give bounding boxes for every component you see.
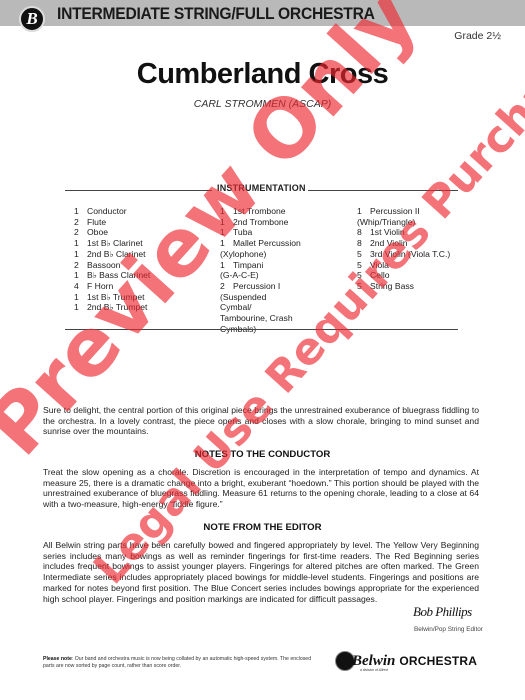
instrument-row: 12nd B♭ Clarinet <box>74 249 150 260</box>
instrument-row: 12nd B♭ Trumpet <box>74 302 150 313</box>
instrument-entry: 2Oboe <box>74 227 150 238</box>
instrument-quantity: 5 <box>357 249 370 260</box>
instrument-quantity: 1 <box>74 292 87 303</box>
instrumentation-column-1: 1Conductor2Flute2Oboe11st B♭ Clarinet12n… <box>74 206 150 313</box>
belwin-logo-icon: B <box>19 6 45 32</box>
instrument-quantity: 1 <box>357 206 370 217</box>
instrument-quantity: 8 <box>357 238 370 249</box>
instrument-entry: 11st B♭ Clarinet <box>74 238 150 249</box>
instrument-name: 2nd Trombone <box>233 217 288 228</box>
instrument-quantity: 1 <box>74 270 87 281</box>
instrument-quantity: 4 <box>74 281 87 292</box>
description-paragraph: Sure to delight, the central portion of … <box>43 405 479 437</box>
note-label: Please note <box>43 656 72 662</box>
instrument-name: 1st Trombone <box>233 206 286 217</box>
instrumentation-heading: INSTRUMENTATION <box>65 183 458 197</box>
belwin-orchestra-logo: Belwin ORCHESTRA <box>335 650 477 672</box>
instrument-quantity: 1 <box>220 217 233 228</box>
instrument-entry: 53rd Violin (Viola T.C.) <box>357 249 450 260</box>
instrument-name: String Bass <box>370 281 414 292</box>
editor-signature: Bob Phillips <box>413 604 472 620</box>
instrument-name: 2nd B♭ Clarinet <box>87 249 146 260</box>
instrument-row: 2Percussion I <box>220 281 301 292</box>
instrument-name: 1st B♭ Trumpet <box>87 292 145 303</box>
instrument-row: 11st Trombone <box>220 206 301 217</box>
divider <box>65 190 212 191</box>
instrument-name: Mallet Percussion <box>233 238 301 249</box>
instrument-name: 1st B♭ Clarinet <box>87 238 143 249</box>
brand-subtitle: a division of Alfred <box>360 668 388 672</box>
instrument-row: 53rd Violin (Viola T.C.) <box>357 249 450 260</box>
instrument-name: B♭ Bass Clarinet <box>87 270 150 281</box>
instrument-entry: 5String Bass <box>357 281 450 292</box>
instrument-row: 11st B♭ Trumpet <box>74 292 150 303</box>
instrument-detail: (Xylophone) <box>220 249 301 260</box>
instrument-entry: 11st B♭ Trumpet <box>74 292 150 303</box>
instrument-entry: 1Percussion II(Whip/Triangle) <box>357 206 450 227</box>
composer: CARL STROMMEN (ASCAP) <box>0 98 525 110</box>
instrument-name: 3rd Violin (Viola T.C.) <box>370 249 450 260</box>
instrument-entry: 5Viola <box>357 260 450 271</box>
instrument-row: 2Bassoon <box>74 260 150 271</box>
instrument-detail: (G-A-C-E) <box>220 270 301 281</box>
divider <box>308 190 458 191</box>
instrumentation-column-2: 11st Trombone12nd Trombone1Tuba1Mallet P… <box>220 206 301 334</box>
instrument-row: 5String Bass <box>357 281 450 292</box>
instrument-quantity: 1 <box>220 238 233 249</box>
instrument-name: Tuba <box>233 227 252 238</box>
brand-suffix: ORCHESTRA <box>399 654 477 668</box>
grade-level: Grade 2½ <box>454 30 501 42</box>
instrumentation-label: INSTRUMENTATION <box>217 183 306 193</box>
instrument-entry: 12nd B♭ Clarinet <box>74 249 150 260</box>
editor-note-heading: NOTE FROM THE EDITOR <box>0 522 525 533</box>
instrument-entry: 1B♭ Bass Clarinet <box>74 270 150 281</box>
instrument-name: Percussion I <box>233 281 280 292</box>
editor-title: Belwin/Pop String Editor <box>414 626 483 633</box>
instrument-row: 5Cello <box>357 270 450 281</box>
instrument-entry: 82nd Violin <box>357 238 450 249</box>
instrument-entry: 1Timpani(G-A-C-E) <box>220 260 301 281</box>
instrument-entry: 2Percussion I(Suspended Cymbal/ Tambouri… <box>220 281 301 335</box>
instrument-quantity: 1 <box>74 302 87 313</box>
instrument-row: 1B♭ Bass Clarinet <box>74 270 150 281</box>
instrument-quantity: 1 <box>74 249 87 260</box>
instrument-entry: 2Flute <box>74 217 150 228</box>
instrument-row: 1Mallet Percussion <box>220 238 301 249</box>
series-title: INTERMEDIATE STRING/FULL ORCHESTRA <box>57 4 375 24</box>
instrument-quantity: 8 <box>357 227 370 238</box>
instrument-quantity: 2 <box>220 281 233 292</box>
note-text: : Our band and orchestra music is now be… <box>43 656 311 669</box>
instrument-name: 2nd Violin <box>370 238 408 249</box>
divider <box>65 329 458 330</box>
instrument-entry: 12nd B♭ Trumpet <box>74 302 150 313</box>
instrumentation-column-3: 1Percussion II(Whip/Triangle)81st Violin… <box>357 206 450 292</box>
instrument-quantity: 2 <box>74 260 87 271</box>
instrument-row: 1Conductor <box>74 206 150 217</box>
instrument-entry: 5Cello <box>357 270 450 281</box>
instrument-row: 2Oboe <box>74 227 150 238</box>
instrument-row: 2Flute <box>74 217 150 228</box>
instrument-quantity: 1 <box>220 206 233 217</box>
instrument-quantity: 5 <box>357 270 370 281</box>
instrument-row: 12nd Trombone <box>220 217 301 228</box>
instrument-entry: 81st Violin <box>357 227 450 238</box>
instrument-row: 5Viola <box>357 260 450 271</box>
instrument-quantity: 2 <box>74 227 87 238</box>
instrument-name: Bassoon <box>87 260 120 271</box>
instrument-name: 2nd B♭ Trumpet <box>87 302 147 313</box>
piece-title: Cumberland Cross <box>0 58 525 91</box>
instrument-quantity: 1 <box>220 227 233 238</box>
instrument-entry: 1Tuba <box>220 227 301 238</box>
instrument-row: 82nd Violin <box>357 238 450 249</box>
instrument-entry: 1Conductor <box>74 206 150 217</box>
instrument-entry: 11st Trombone <box>220 206 301 217</box>
instrument-row: 1Tuba <box>220 227 301 238</box>
instrument-name: Conductor <box>87 206 127 217</box>
brand-name: Belwin <box>352 653 395 670</box>
collation-note: Please note: Our band and orchestra musi… <box>43 656 313 670</box>
conductor-notes-paragraph: Treat the slow opening as a chorale. Dis… <box>43 467 479 510</box>
instrument-row: 11st B♭ Clarinet <box>74 238 150 249</box>
instrument-quantity: 2 <box>74 217 87 228</box>
instrument-row: 4F Horn <box>74 281 150 292</box>
instrument-entry: 2Bassoon <box>74 260 150 271</box>
instrument-name: Viola <box>370 260 389 271</box>
instrument-row: 81st Violin <box>357 227 450 238</box>
instrument-name: Cello <box>370 270 390 281</box>
series-header-bar: B INTERMEDIATE STRING/FULL ORCHESTRA <box>0 0 525 26</box>
instrument-detail: (Whip/Triangle) <box>357 217 450 228</box>
instrument-row: 1Percussion II <box>357 206 450 217</box>
instrument-quantity: 1 <box>74 206 87 217</box>
instrument-entry: 12nd Trombone <box>220 217 301 228</box>
instrument-name: 1st Violin <box>370 227 405 238</box>
instrument-entry: 1Mallet Percussion(Xylophone) <box>220 238 301 259</box>
instrument-entry: 4F Horn <box>74 281 150 292</box>
instrument-quantity: 5 <box>357 281 370 292</box>
instrument-name: Flute <box>87 217 106 228</box>
instrument-name: F Horn <box>87 281 113 292</box>
instrument-quantity: 5 <box>357 260 370 271</box>
instrument-name: Timpani <box>233 260 263 271</box>
editor-note-paragraph: All Belwin string parts have been carefu… <box>43 540 479 604</box>
instrument-quantity: 1 <box>74 238 87 249</box>
instrument-name: Percussion II <box>370 206 420 217</box>
instrument-row: 1Timpani <box>220 260 301 271</box>
conductor-notes-heading: NOTES TO THE CONDUCTOR <box>0 449 525 460</box>
instrument-quantity: 1 <box>220 260 233 271</box>
instrument-name: Oboe <box>87 227 108 238</box>
